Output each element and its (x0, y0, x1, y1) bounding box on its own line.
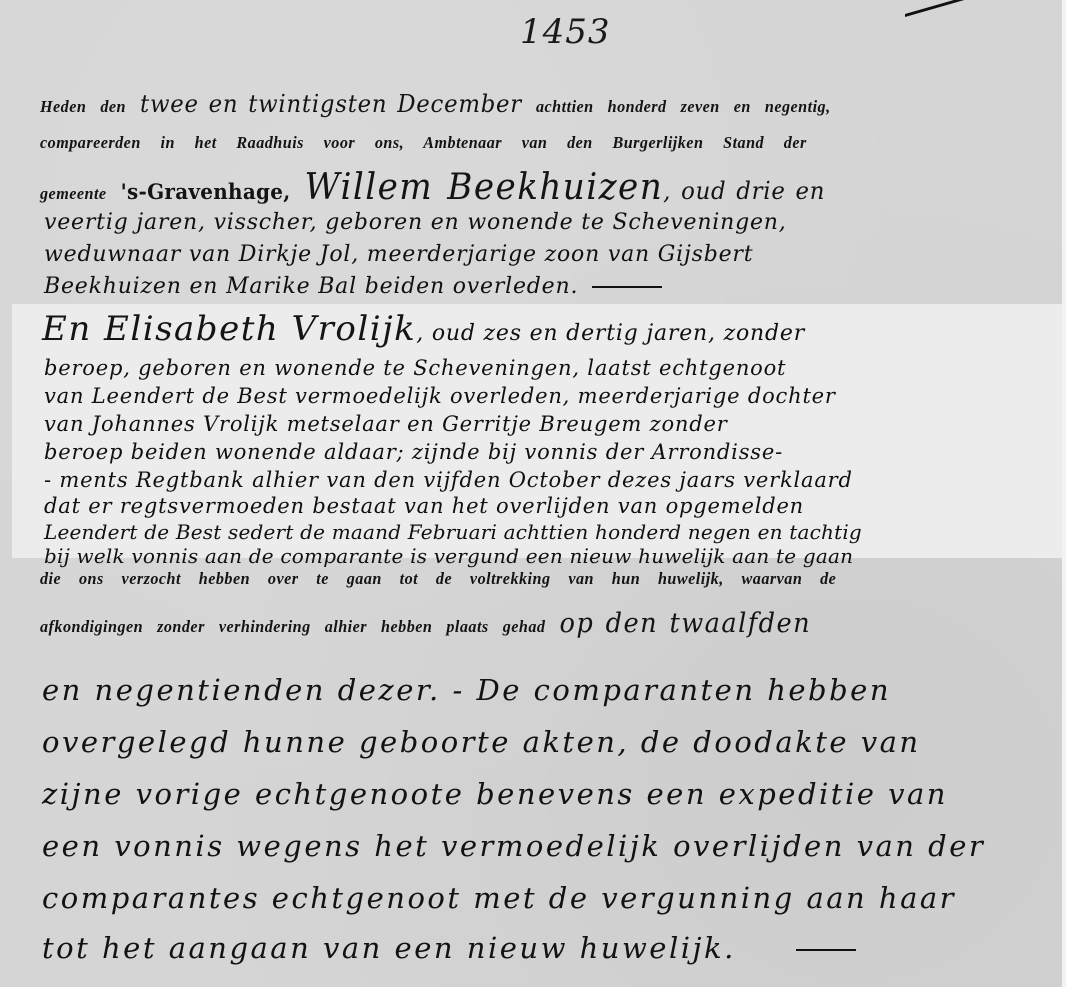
line-end-dash (592, 286, 662, 288)
bride-line-6: - ments Regtbank alhier van den vijfden … (44, 470, 853, 491)
groom-line-2: veertig jaren, visscher, geboren en wone… (44, 212, 787, 234)
printed-gemeente: gemeente (40, 184, 107, 203)
bride-line-1: En Elisabeth Vrolijk, oud zes en dertig … (42, 312, 805, 346)
closing-line-2: zijne vorige echtgenoote benevens een ex… (42, 780, 948, 809)
banns-date-2: en negentienden dezer. - De comparanten … (42, 676, 891, 705)
groom-name: Willem Beekhuizen (305, 167, 664, 208)
closing-line-1: overgelegd hunne geboorte akten, de dood… (42, 728, 921, 757)
bride-line-2: beroep, geboren en wonende te Schevening… (44, 358, 786, 379)
closing-text: tot het aangaan van een nieuw huwelijk. (42, 931, 736, 965)
record-date-line: Heden den twee en twintigsten December a… (40, 92, 831, 116)
groom-age-start: , oud drie en (663, 177, 825, 205)
printed-year: achttien honderd zeven en negentig, (536, 97, 831, 116)
closing-dash (796, 949, 856, 951)
bride-line-7: dat er regtsvermoeden bestaat van het ov… (44, 496, 804, 517)
bride-line-8: Leendert de Best sedert de maand Februar… (44, 522, 862, 542)
closing-line-4: comparantes echtgenoot met de vergunning… (42, 884, 956, 913)
groom-line-3: weduwnaar van Dirkje Jol, meerderjarige … (44, 244, 753, 266)
bride-name: En Elisabeth Vrolijk (42, 309, 416, 349)
groom-line-4: Beekhuizen en Marike Bal beiden overlede… (44, 276, 662, 298)
municipality-name: 's-Gravenhage (121, 179, 284, 204)
handwritten-date: twee en twintigsten December (140, 90, 522, 118)
printed-afkondigingen: afkondigingen zonder verhindering alhier… (40, 617, 545, 636)
municipality-groom-line: gemeente 's-Gravenhage, Willem Beekhuize… (40, 170, 825, 206)
printed-heden-den: Heden den (40, 97, 126, 116)
bride-line-3: van Leendert de Best vermoedelijk overle… (44, 386, 836, 407)
banns-date-1: op den twaalfden (559, 608, 811, 639)
corner-pen-stroke (905, 0, 965, 17)
closing-line-5: tot het aangaan van een nieuw huwelijk. (42, 934, 856, 963)
bride-line-9: bij welk vonnis aan de comparante is ver… (44, 546, 853, 566)
bride-age: , oud zes en dertig jaren, zonder (416, 321, 805, 346)
groom-parents: Beekhuizen en Marike Bal beiden overlede… (44, 274, 578, 299)
printed-compareerden-line: compareerden in het Raadhuis voor ons, A… (40, 134, 807, 151)
bride-line-5: beroep beiden wonende aldaar; zijnde bij… (44, 442, 783, 463)
folio-number: 1453 (520, 12, 611, 52)
banns-line: afkondigingen zonder verhindering alhier… (40, 610, 811, 637)
scanned-document-page: 1453 Heden den twee en twintigsten Decem… (0, 0, 1066, 987)
bride-line-4: van Johannes Vrolijk metselaar en Gerrit… (44, 414, 728, 435)
closing-line-3: een vonnis wegens het vermoedelijk overl… (42, 832, 985, 861)
printed-verzocht-line: die ons verzocht hebben over te gaan tot… (40, 570, 836, 587)
